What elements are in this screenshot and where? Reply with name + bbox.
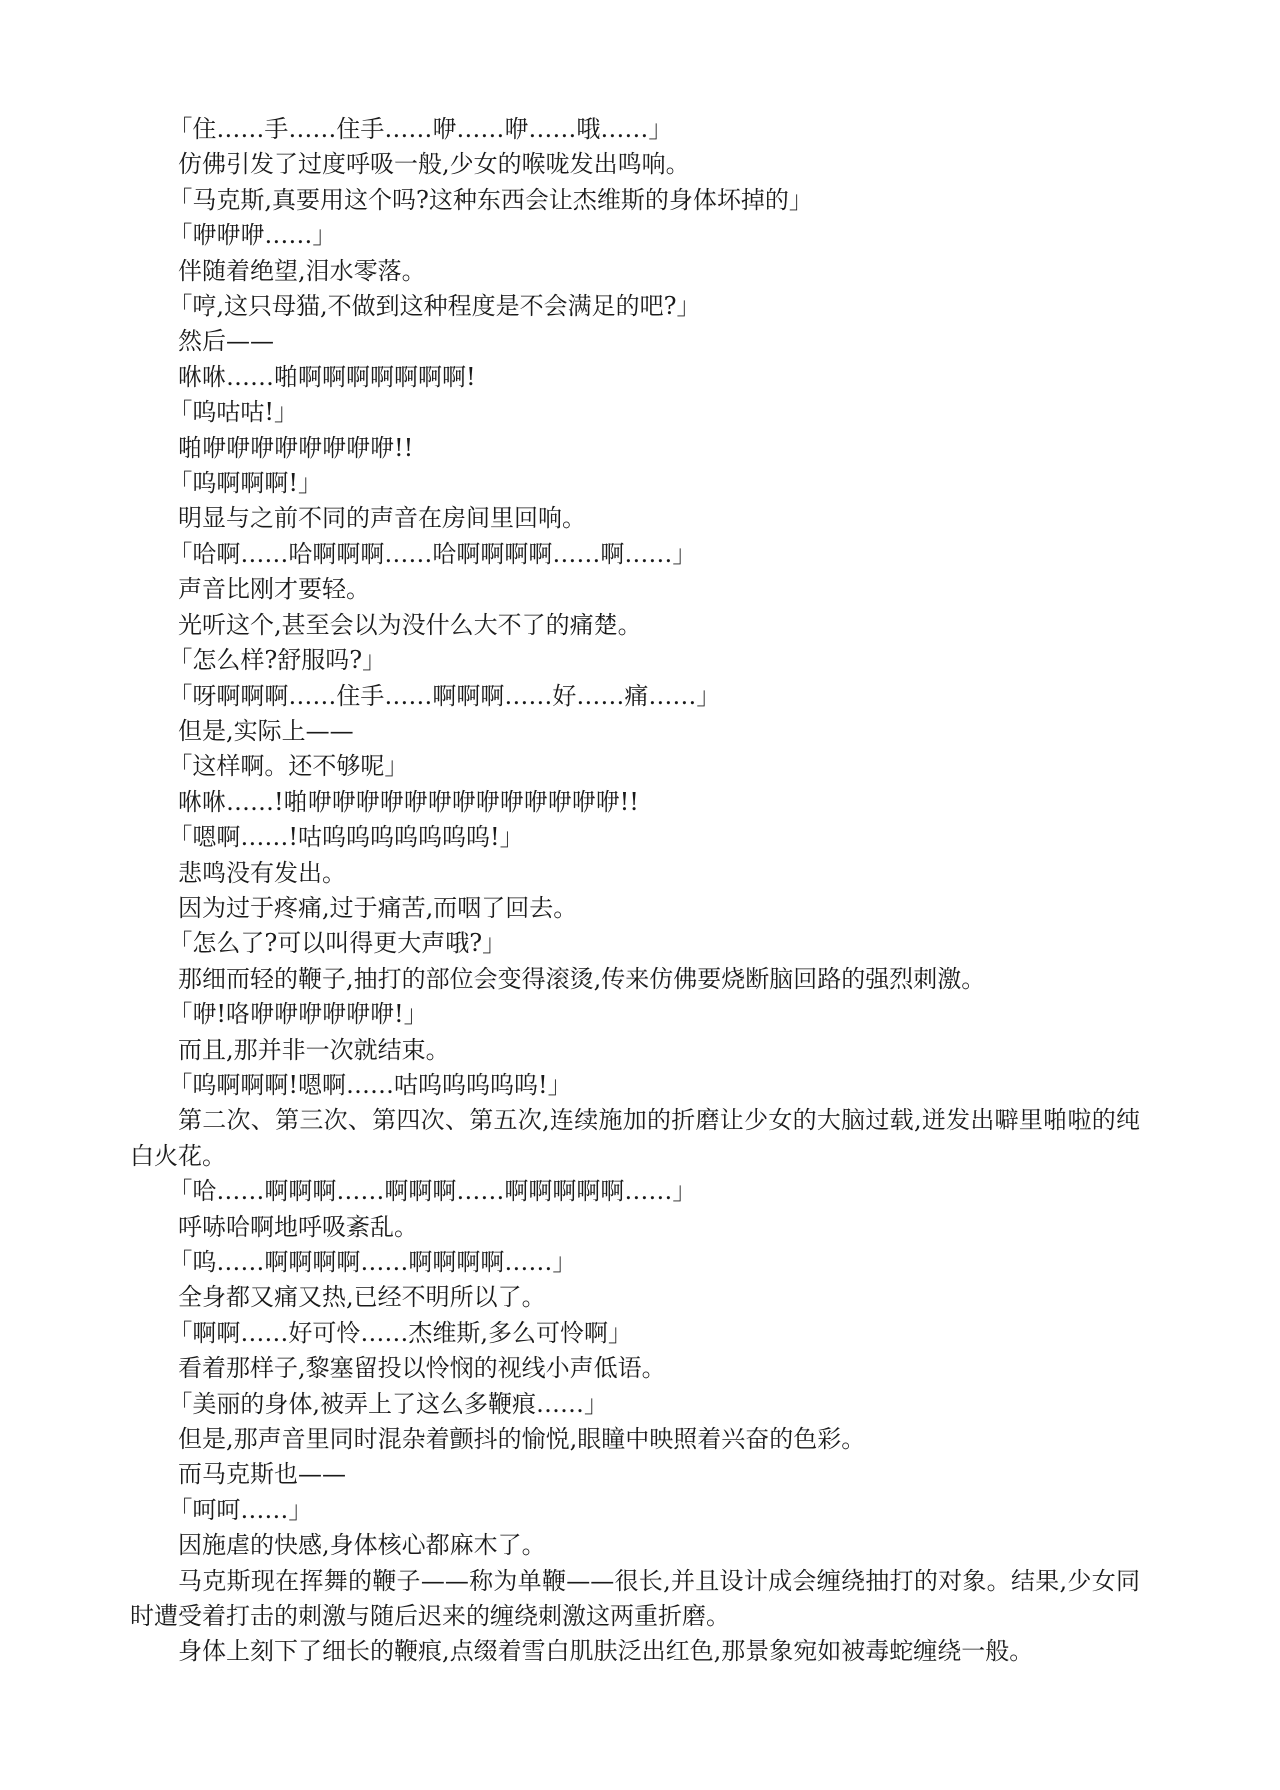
paragraph-dialog: 「怎么了?可以叫得更大声哦?」: [130, 926, 1140, 961]
paragraph: 咻咻……!啪咿咿咿咿咿咿咿咿咿咿咿咿咿!!: [130, 785, 1140, 820]
paragraph: 啪咿咿咿咿咿咿咿咿!!: [130, 431, 1140, 466]
paragraph-dialog: 「呀啊啊啊……住手……啊啊啊……好……痛……」: [130, 679, 1140, 714]
paragraph-dialog: 「哼,这只母猫,不做到这种程度是不会满足的吧?」: [130, 289, 1140, 324]
paragraph: 那细而轻的鞭子,抽打的部位会变得滚烫,传来仿佛要烧断脑回路的强烈刺激。: [130, 962, 1140, 997]
paragraph-dialog: 「呵呵……」: [130, 1493, 1140, 1528]
paragraph-dialog: 「呜啊啊啊!嗯啊……咕呜呜呜呜呜!」: [130, 1068, 1140, 1103]
paragraph: 声音比刚才要轻。: [130, 572, 1140, 607]
document-page: 「住……手……住手……咿……咿……哦……」 仿佛引发了过度呼吸一般,少女的喉咙发…: [130, 112, 1140, 1670]
paragraph: 但是,实际上——: [130, 714, 1140, 749]
paragraph-dialog: 「咿咿咿……」: [130, 218, 1140, 253]
paragraph: 而且,那并非一次就结束。: [130, 1033, 1140, 1068]
paragraph-dialog: 「嗯啊……!咕呜呜呜呜呜呜呜!」: [130, 820, 1140, 855]
paragraph: 咻咻……啪啊啊啊啊啊啊啊!: [130, 360, 1140, 395]
paragraph-dialog: 「这样啊。还不够呢」: [130, 749, 1140, 784]
paragraph: 因为过于疼痛,过于痛苦,而咽了回去。: [130, 891, 1140, 926]
paragraph-dialog: 「啊啊……好可怜……杰维斯,多么可怜啊」: [130, 1316, 1140, 1351]
paragraph: 仿佛引发了过度呼吸一般,少女的喉咙发出鸣响。: [130, 147, 1140, 182]
paragraph: 但是,那声音里同时混杂着颤抖的愉悦,眼瞳中映照着兴奋的色彩。: [130, 1422, 1140, 1457]
paragraph-dialog: 「怎么样?舒服吗?」: [130, 643, 1140, 678]
paragraph-dialog: 「哈啊……哈啊啊啊……哈啊啊啊啊……啊……」: [130, 537, 1140, 572]
paragraph: 马克斯现在挥舞的鞭子——称为单鞭——很长,并且设计成会缠绕抽打的对象。结果,少女…: [130, 1564, 1140, 1635]
paragraph: 因施虐的快感,身体核心都麻木了。: [130, 1528, 1140, 1563]
paragraph: 全身都又痛又热,已经不明所以了。: [130, 1280, 1140, 1315]
paragraph: 看着那样子,黎塞留投以怜悯的视线小声低语。: [130, 1351, 1140, 1386]
paragraph-dialog: 「美丽的身体,被弄上了这么多鞭痕……」: [130, 1387, 1140, 1422]
paragraph-dialog: 「住……手……住手……咿……咿……哦……」: [130, 112, 1140, 147]
paragraph: 然后——: [130, 324, 1140, 359]
paragraph-dialog: 「马克斯,真要用这个吗?这种东西会让杰维斯的身体坏掉的」: [130, 183, 1140, 218]
paragraph-dialog: 「哈……啊啊啊……啊啊啊……啊啊啊啊啊……」: [130, 1174, 1140, 1209]
paragraph: 明显与之前不同的声音在房间里回响。: [130, 501, 1140, 536]
paragraph: 身体上刻下了细长的鞭痕,点缀着雪白肌肤泛出红色,那景象宛如被毒蛇缠绕一般。: [130, 1634, 1140, 1669]
paragraph: 悲鸣没有发出。: [130, 856, 1140, 891]
paragraph-dialog: 「咿!咯咿咿咿咿咿咿!」: [130, 997, 1140, 1032]
paragraph: 呼哧哈啊地呼吸紊乱。: [130, 1210, 1140, 1245]
paragraph-dialog: 「呜……啊啊啊啊……啊啊啊啊……」: [130, 1245, 1140, 1280]
paragraph: 第二次、第三次、第四次、第五次,连续施加的折磨让少女的大脑过载,迸发出噼里啪啦的…: [130, 1103, 1140, 1174]
paragraph-dialog: 「呜啊啊啊!」: [130, 466, 1140, 501]
paragraph: 伴随着绝望,泪水零落。: [130, 254, 1140, 289]
paragraph-dialog: 「呜咕咕!」: [130, 395, 1140, 430]
paragraph: 光听这个,甚至会以为没什么大不了的痛楚。: [130, 608, 1140, 643]
paragraph: 而马克斯也——: [130, 1457, 1140, 1492]
